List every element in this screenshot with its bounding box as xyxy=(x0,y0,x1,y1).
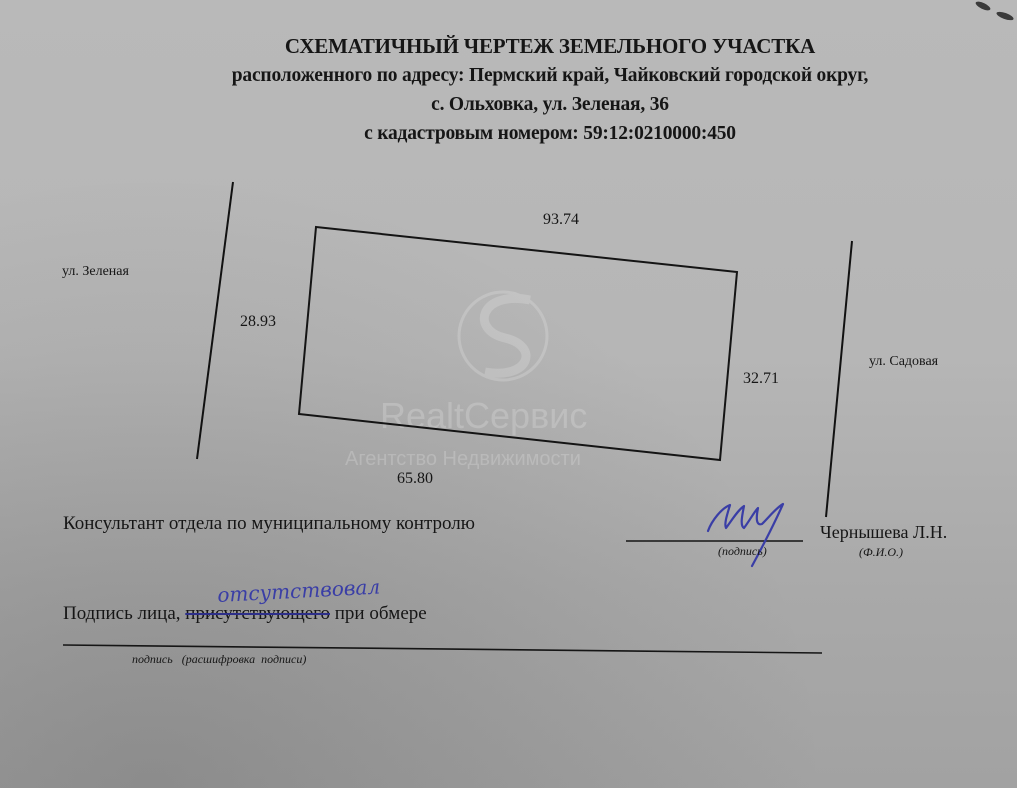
present-person-label: Подпись лица, присутствующего при обмере xyxy=(63,603,427,625)
corner-mark-decoration xyxy=(974,0,991,12)
present-person-label-struck: присутствующего xyxy=(185,603,330,624)
document-title: СХЕМАТИЧНЫЙ ЧЕРТЕЖ ЗЕМЕЛЬНОГО УЧАСТКА xyxy=(150,32,950,61)
present-person-label-prefix: Подпись лица, xyxy=(63,603,185,624)
watermark-text-line2: Агентство Недвижимости xyxy=(345,448,581,471)
consultant-name: Чернышева Л.Н. xyxy=(820,522,947,543)
street-line-right xyxy=(826,241,852,517)
dimension-right: 32.71 xyxy=(743,370,779,388)
consultant-signature-caption: (подпись) xyxy=(718,544,767,559)
street-line-left xyxy=(197,182,233,459)
watermark-logo-icon xyxy=(459,292,547,380)
consultant-name-caption: (Ф.И.О.) xyxy=(859,545,903,560)
street-label-left: ул. Зеленая xyxy=(62,264,129,280)
dimension-top: 93.74 xyxy=(543,211,579,229)
address-line-2: с. Ольховка, ул. Зеленая, 36 xyxy=(150,90,950,119)
consultant-role: Консультант отдела по муниципальному кон… xyxy=(63,513,475,535)
street-label-right: ул. Садовая xyxy=(869,354,938,370)
dimension-bottom: 65.80 xyxy=(397,470,433,488)
document-page: СХЕМАТИЧНЫЙ ЧЕРТЕЖ ЗЕМЕЛЬНОГО УЧАСТКА ра… xyxy=(0,0,1017,788)
dimension-left: 28.93 xyxy=(240,313,276,331)
present-person-label-suffix: при обмере xyxy=(330,603,427,624)
corner-mark-decoration xyxy=(996,10,1015,22)
address-line-1: расположенного по адресу: Пермский край,… xyxy=(150,61,950,90)
cadastral-number: с кадастровым номером: 59:12:0210000:450 xyxy=(150,119,950,148)
watermark-text-line1: RealtСервис xyxy=(380,395,587,437)
present-person-caption: подпись (расшифровка подписи) xyxy=(132,652,306,667)
document-header: СХЕМАТИЧНЫЙ ЧЕРТЕЖ ЗЕМЕЛЬНОГО УЧАСТКА ра… xyxy=(150,32,950,148)
